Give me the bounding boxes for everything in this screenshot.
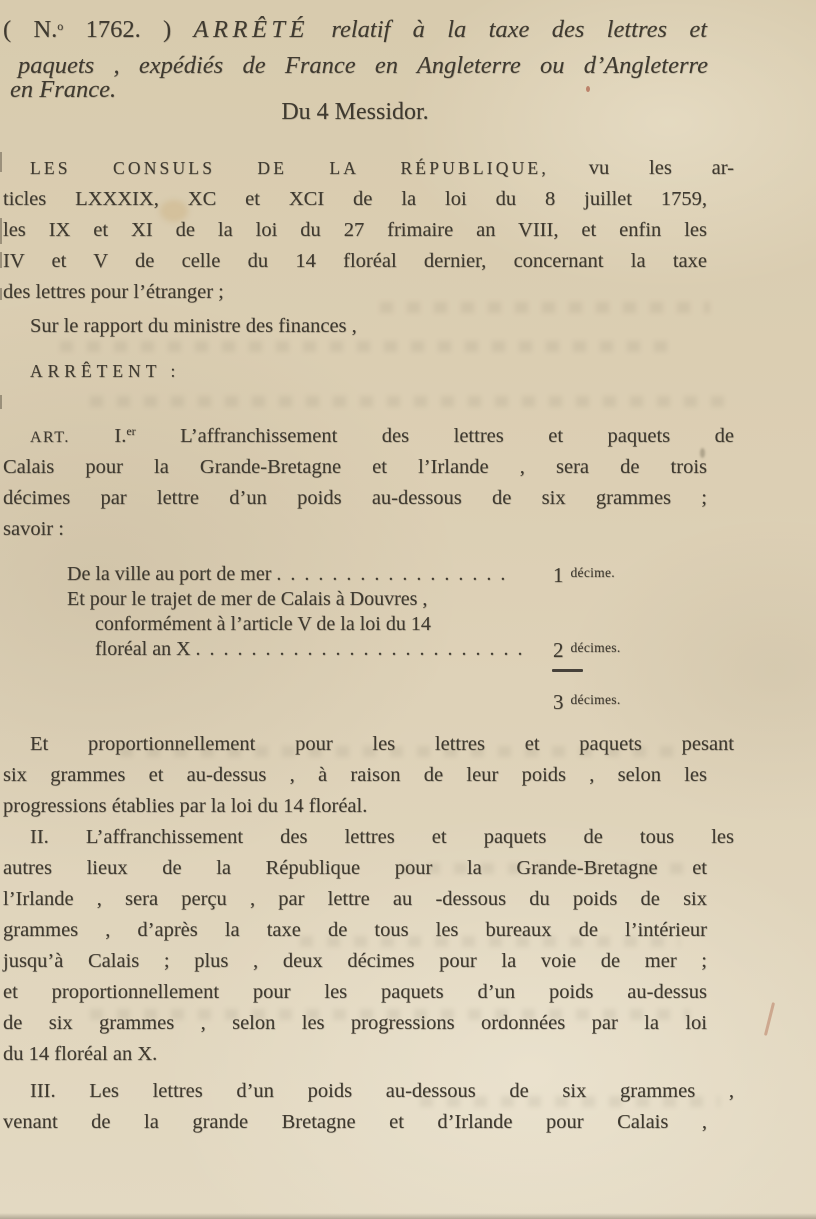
tariff-item-1-unit: décime. bbox=[571, 565, 615, 580]
scan-edge-mark bbox=[0, 218, 2, 244]
preamble-line-4: IV et V de celle du 14 floréal dernier, … bbox=[3, 250, 707, 273]
article-1-numeral-sup: er bbox=[126, 424, 135, 438]
preamble-line-1: LES CONSULS DE LA RÉPUBLIQUE, vu les ar- bbox=[3, 157, 734, 180]
article-1-line-4: savoir : bbox=[3, 518, 64, 541]
tariff-line-3: conformément à l’article V de la loi du … bbox=[0, 613, 816, 640]
consuls-smallcaps: LES CONSULS DE LA RÉPUBLIQUE, bbox=[30, 158, 549, 178]
article-2-line-7: de six grammes , selon les progressions … bbox=[3, 1012, 707, 1035]
dateline: Du 4 Messidor. bbox=[3, 99, 707, 126]
article-1-closing-line-2: six grammes et au-dessus , à raison de l… bbox=[3, 764, 707, 787]
preamble-line-2: ticles LXXXIX, XC et XCI de la loi du 8 … bbox=[3, 188, 707, 211]
ink-bleedthrough bbox=[90, 396, 730, 407]
decree-number: ( N.o 1762. ) bbox=[3, 16, 171, 43]
stain-speck bbox=[764, 1002, 775, 1036]
tariff-item-2-amount-group: 2décimes. bbox=[553, 638, 621, 663]
tariff-item-1-text: De la ville au port de mer..............… bbox=[67, 563, 514, 586]
tariff-item-2-text-2: conformément à l’article V de la loi du … bbox=[95, 613, 431, 636]
header-line-2: paquets , expédiés de France en Angleter… bbox=[18, 52, 708, 80]
article-1-line-1-rest: L’affranchissement des lettres et paquet… bbox=[180, 425, 734, 447]
leader-dots: ........................ bbox=[196, 638, 532, 660]
article-2-line-6: et proportionnellement pour les paquets … bbox=[3, 981, 707, 1004]
tariff-item-2-text-1: Et pour le trajet de mer de Calais à Dou… bbox=[67, 588, 427, 611]
ink-bleedthrough bbox=[60, 341, 680, 352]
tariff-line-1: De la ville au port de mer..............… bbox=[0, 563, 816, 590]
header-line-1: ( N.o 1762. ) ARRÊTÉ relatif à la taxe d… bbox=[3, 16, 707, 44]
enactment-heading: ARRÊTENT : bbox=[3, 361, 180, 382]
tariff-line-4: floréal an X........................ 2dé… bbox=[0, 638, 816, 665]
article-2-line-1: II. L’affranchissement des lettres et pa… bbox=[3, 826, 734, 849]
article-1-line-2: Calais pour la Grande-Bretagne et l’Irla… bbox=[3, 456, 707, 479]
article-2-line-4: grammes , d’après la taxe de tous les bu… bbox=[3, 919, 707, 942]
leader-dots: ................. bbox=[276, 563, 514, 585]
ink-bleedthrough bbox=[380, 302, 710, 313]
scan-edge-mark bbox=[0, 395, 2, 409]
decree-title-caps: ARRÊTÉ bbox=[194, 16, 309, 43]
scan-edge-bottom bbox=[0, 1213, 816, 1219]
tariff-total-amount: 3 bbox=[553, 690, 564, 714]
tariff-item-2-unit: décimes. bbox=[571, 640, 621, 655]
tariff-item-1-amount-group: 1décime. bbox=[553, 563, 615, 588]
article-3-line-2: venant de la grande Bretagne et d’Irland… bbox=[3, 1111, 707, 1134]
scan-edge-mark bbox=[0, 152, 2, 172]
decree-number-sup: o bbox=[57, 19, 63, 33]
preamble-line-3: les IX et XI de la loi du 27 frimaire an… bbox=[3, 219, 707, 242]
article-3-line-1: III. Les lettres d’un poids au-dessous d… bbox=[3, 1080, 734, 1103]
decree-title-rest: relatif à la taxe des lettres et bbox=[331, 16, 707, 43]
tariff-item-1-amount: 1 bbox=[553, 563, 564, 587]
scan-edge-mark bbox=[0, 288, 2, 300]
preamble-line-1-rest: vu les ar- bbox=[589, 157, 734, 179]
article-2-line-2: autres lieux de la République pour la Gr… bbox=[3, 857, 707, 880]
article-1-closing-line-3: progressions établies par la loi du 14 f… bbox=[3, 795, 367, 818]
tariff-line-2: Et pour le trajet de mer de Calais à Dou… bbox=[0, 588, 816, 615]
article-1-closing-line-1: Et proportionnellement pour les lettres … bbox=[3, 733, 734, 756]
article-1-numeral: I.er bbox=[114, 425, 135, 447]
document-page: ( N.o 1762. ) ARRÊTÉ relatif à la taxe d… bbox=[0, 0, 816, 1219]
article-2-line-8: du 14 floréal an X. bbox=[3, 1043, 157, 1066]
sum-rule bbox=[552, 669, 583, 672]
preamble-line-5: des lettres pour l’étranger ; bbox=[3, 281, 224, 304]
article-2-line-5: jusqu’à Calais ; plus , deux décimes pou… bbox=[3, 950, 707, 973]
tariff-item-2-amount: 2 bbox=[553, 638, 564, 662]
article-1-label: ART. bbox=[30, 429, 70, 446]
article-1-line-1: ART. I.er L’affranchissement des lettres… bbox=[3, 425, 734, 448]
stain-speck bbox=[586, 86, 590, 92]
scan-edge-mark bbox=[0, 252, 2, 268]
tariff-item-2-text-3: floréal an X........................ bbox=[95, 638, 532, 661]
article-2-line-3: l’Irlande , sera perçu , par lettre au -… bbox=[3, 888, 707, 911]
tariff-total-line: 3décimes. bbox=[0, 690, 816, 717]
tariff-total-group: 3décimes. bbox=[553, 690, 621, 715]
article-1-line-3: décimes par lettre d’un poids au-dessous… bbox=[3, 487, 707, 510]
tariff-total-unit: décimes. bbox=[571, 692, 621, 707]
report-line: Sur le rapport du ministre des finances … bbox=[3, 315, 357, 338]
